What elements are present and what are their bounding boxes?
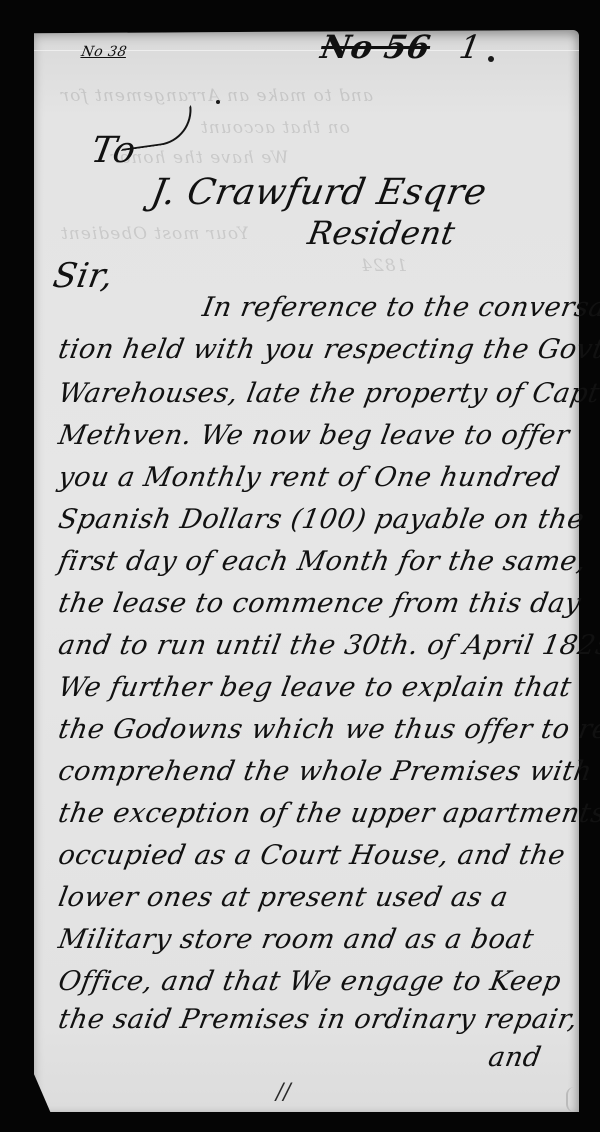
body-line: tion held with you respecting the Govt: [56, 334, 600, 365]
salutation-to: To: [88, 130, 139, 171]
body-line: you a Monthly rent of One hundred: [56, 462, 562, 493]
body-line: the lease to commence from this day: [56, 588, 584, 619]
body-line: In reference to the conversa-: [200, 292, 600, 323]
ink-spot: [216, 100, 220, 104]
body-line: the Godowns which we thus offer to rent: [56, 714, 600, 745]
body-line: Warehouses, late the property of Capt: [56, 378, 600, 409]
addressee-title: Resident: [305, 214, 458, 252]
catchword: and: [486, 1042, 544, 1073]
document-number-value: No 56: [318, 28, 433, 66]
body-line: Methven. We now beg leave to offer: [56, 420, 572, 451]
body-line: lower ones at present used as a: [56, 882, 511, 913]
document-number: No 56 1: [318, 28, 484, 66]
bleed-through-text: Your most Obedient: [60, 224, 249, 244]
body-line: Military store room and as a boat: [56, 924, 536, 955]
addressee-name: J. Crawfurd Esqre: [148, 172, 490, 213]
bleed-through-text: 1824: [360, 256, 407, 276]
bleed-through-text: We have the honor: [110, 148, 288, 168]
ink-spot: [488, 56, 494, 62]
body-line: occupied as a Court House, and the: [56, 840, 568, 871]
body-line: first day of each Month for the same,: [56, 546, 589, 577]
bottom-mark: //: [276, 1080, 291, 1105]
reference-number: No 38: [80, 44, 128, 60]
body-line: Office, and that We engage to Keep: [56, 966, 564, 997]
page-corner-curl: [566, 1087, 578, 1112]
scanned-document: and to make an Arrangement for on that a…: [0, 0, 600, 1132]
body-line: comprehend the whole Premises with: [56, 756, 595, 787]
body-line: the exception of the upper apartments: [56, 798, 600, 829]
salutation-sir: Sir,: [50, 256, 117, 296]
body-line: We further beg leave to explain that: [56, 672, 574, 703]
body-line: Spanish Dollars (100) payable on the: [56, 504, 587, 535]
body-line: the said Premises in ordinary repair,: [56, 1004, 580, 1035]
body-line: and to run until the 30th. of April 1825…: [56, 630, 600, 661]
bleed-through-text: on that account: [200, 118, 350, 138]
